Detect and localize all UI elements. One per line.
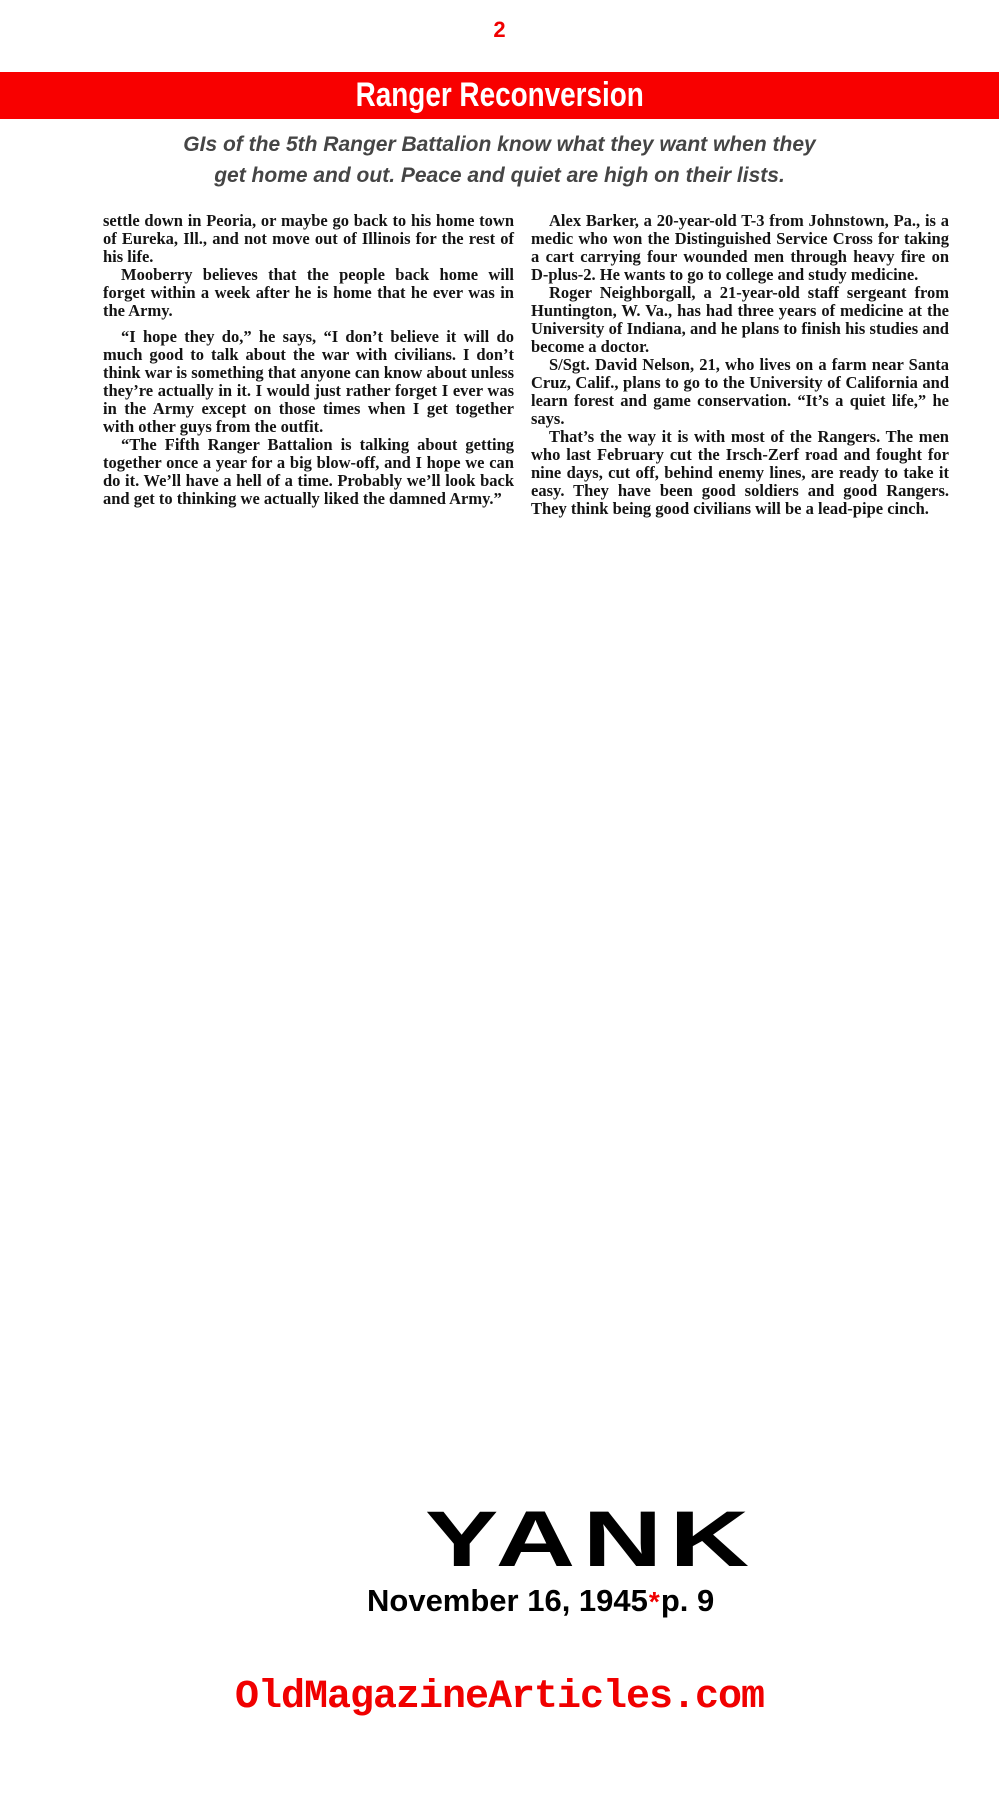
- page-number: 2: [0, 17, 999, 43]
- paragraph: Mooberry believes that the people back h…: [103, 266, 514, 320]
- issue-date: November 16, 1945: [367, 1583, 648, 1618]
- paragraph: Roger Neighborgall, a 21-year-old staff …: [531, 284, 949, 356]
- article-column-right: Alex Barker, a 20-year-old T-3 from John…: [531, 212, 949, 518]
- paragraph: settle down in Peoria, or maybe go back …: [103, 212, 514, 266]
- deck-line-1: GIs of the 5th Ranger Battalion know wha…: [0, 129, 999, 160]
- paragraph: “I hope they do,” he says, “I don’t beli…: [103, 328, 514, 436]
- page-reference: p. 9: [661, 1583, 714, 1618]
- article-title: Ranger Reconversion: [355, 72, 643, 119]
- site-watermark: OldMagazineArticles.com: [0, 1674, 999, 1722]
- paragraph: Alex Barker, a 20-year-old T-3 from John…: [531, 212, 949, 284]
- star-icon: *: [649, 1586, 660, 1617]
- paragraph: S/Sgt. David Nelson, 21, who lives on a …: [531, 356, 949, 428]
- deck-line-2: get home and out. Peace and quiet are hi…: [0, 160, 999, 191]
- issue-citation: November 16, 1945*p. 9: [367, 1583, 714, 1620]
- title-banner: Ranger Reconversion: [0, 72, 999, 119]
- paragraph: That’s the way it is with most of the Ra…: [531, 428, 949, 518]
- publication-logo: YANK: [425, 1503, 775, 1575]
- article-column-left: settle down in Peoria, or maybe go back …: [103, 212, 514, 508]
- paragraph: “The Fifth Ranger Battalion is talking a…: [103, 436, 514, 508]
- article-deck: GIs of the 5th Ranger Battalion know wha…: [0, 129, 999, 191]
